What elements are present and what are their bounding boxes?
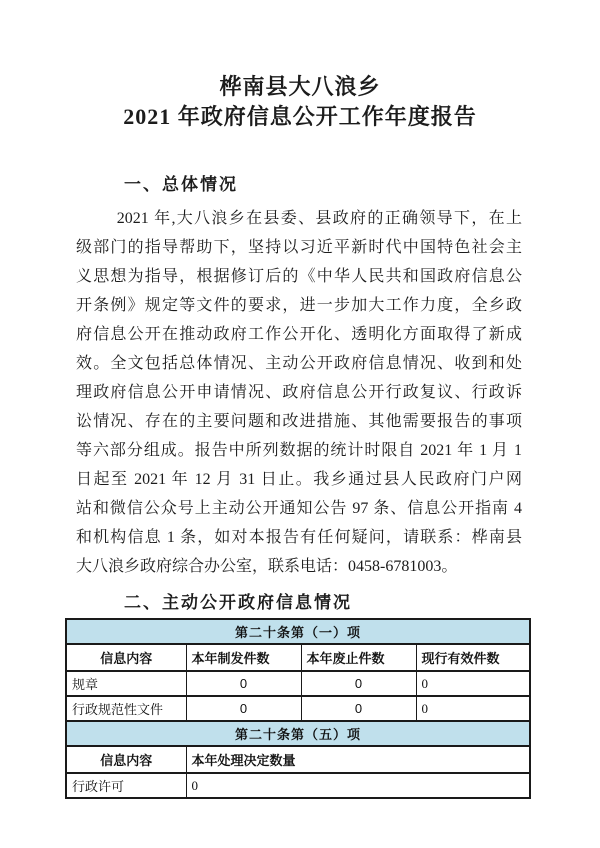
paragraph-line: 等六部分组成。报告中所列数据的统计时限自 2021 年 1 月 1: [76, 436, 522, 465]
cell-value: 0: [301, 696, 416, 721]
paragraph-line: 理政府信息公开申请情况、政府信息公开行政复议、行政诉: [76, 378, 522, 407]
cell-value: 0: [186, 773, 530, 798]
row-label: 规章: [66, 671, 186, 696]
document-page: 桦南县大八浪乡 2021 年政府信息公开工作年度报告 一、总体情况 2021 年…: [0, 0, 600, 848]
table-section-header-part1: 第二十条第（一）项: [66, 619, 530, 644]
column-header-issued-count: 本年制发件数: [186, 644, 301, 671]
table-section-row: 第二十条第（一）项: [66, 619, 530, 644]
section-1-paragraph: 2021 年,大八浪乡在县委、县政府的正确领导下，在上 级部门的指导帮助下，坚持…: [76, 204, 522, 581]
table-section-row: 第二十条第（五）项: [66, 721, 530, 746]
cell-value: 0: [301, 671, 416, 696]
column-header-decisions-count: 本年处理决定数量: [186, 746, 530, 773]
paragraph-line: 义思想为指导，根据修订后的《中华人民共和国政府信息公: [76, 262, 522, 291]
column-header-effective-count: 现行有效件数: [416, 644, 530, 671]
column-header-info-content: 信息内容: [66, 644, 186, 671]
cell-value: 0: [416, 671, 530, 696]
disclosure-table: 第二十条第（一）项 信息内容 本年制发件数 本年废止件数 现行有效件数 规章 0…: [65, 618, 531, 799]
paragraph-line: 日起至 2021 年 12 月 31 日止。我乡通过县人民政府门户网: [76, 465, 522, 494]
cell-value: 0: [186, 696, 301, 721]
cell-value: 0: [416, 696, 530, 721]
paragraph-line: 大八浪乡政府综合办公室，联系电话：0458-6781003。: [76, 552, 522, 581]
table-row-normative-documents: 行政规范性文件 0 0 0: [66, 696, 530, 721]
cell-value: 0: [186, 671, 301, 696]
column-header-repealed-count: 本年废止件数: [301, 644, 416, 671]
table-column-header-row: 信息内容 本年制发件数 本年废止件数 现行有效件数: [66, 644, 530, 671]
section-1-heading: 一、总体情况: [124, 170, 600, 195]
row-label: 行政规范性文件: [66, 696, 186, 721]
title-line-1: 桦南县大八浪乡: [0, 72, 600, 102]
paragraph-line: 站和微信公众号上主动公开通知公告 97 条、信息公开指南 4: [76, 494, 522, 523]
paragraph-line: 效。全文包括总体情况、主动公开政府信息情况、收到和处: [76, 349, 522, 378]
paragraph-line: 2021 年,大八浪乡在县委、县政府的正确领导下，在上: [76, 204, 522, 233]
table-section-header-part5: 第二十条第（五）项: [66, 721, 530, 746]
paragraph-line: 和机构信息 1 条，如对本报告有任何疑问，请联系：桦南县: [76, 523, 522, 552]
table-column-header-row: 信息内容 本年处理决定数量: [66, 746, 530, 773]
title-line-2: 2021 年政府信息公开工作年度报告: [0, 102, 600, 132]
row-label: 行政许可: [66, 773, 186, 798]
table-row-administrative-license: 行政许可 0: [66, 773, 530, 798]
paragraph-line: 开条例》规定等文件的要求，进一步加大工作力度，全乡政: [76, 291, 522, 320]
document-title: 桦南县大八浪乡 2021 年政府信息公开工作年度报告: [0, 0, 600, 132]
paragraph-line: 级部门的指导帮助下，坚持以习近平新时代中国特色社会主: [76, 233, 522, 262]
section-2-heading: 二、主动公开政府信息情况: [124, 588, 600, 613]
table-row-regulations: 规章 0 0 0: [66, 671, 530, 696]
paragraph-line: 讼情况、存在的主要问题和改进措施、其他需要报告的事项: [76, 407, 522, 436]
column-header-info-content: 信息内容: [66, 746, 186, 773]
paragraph-line: 府信息公开在推动政府工作公开化、透明化方面取得了新成: [76, 320, 522, 349]
